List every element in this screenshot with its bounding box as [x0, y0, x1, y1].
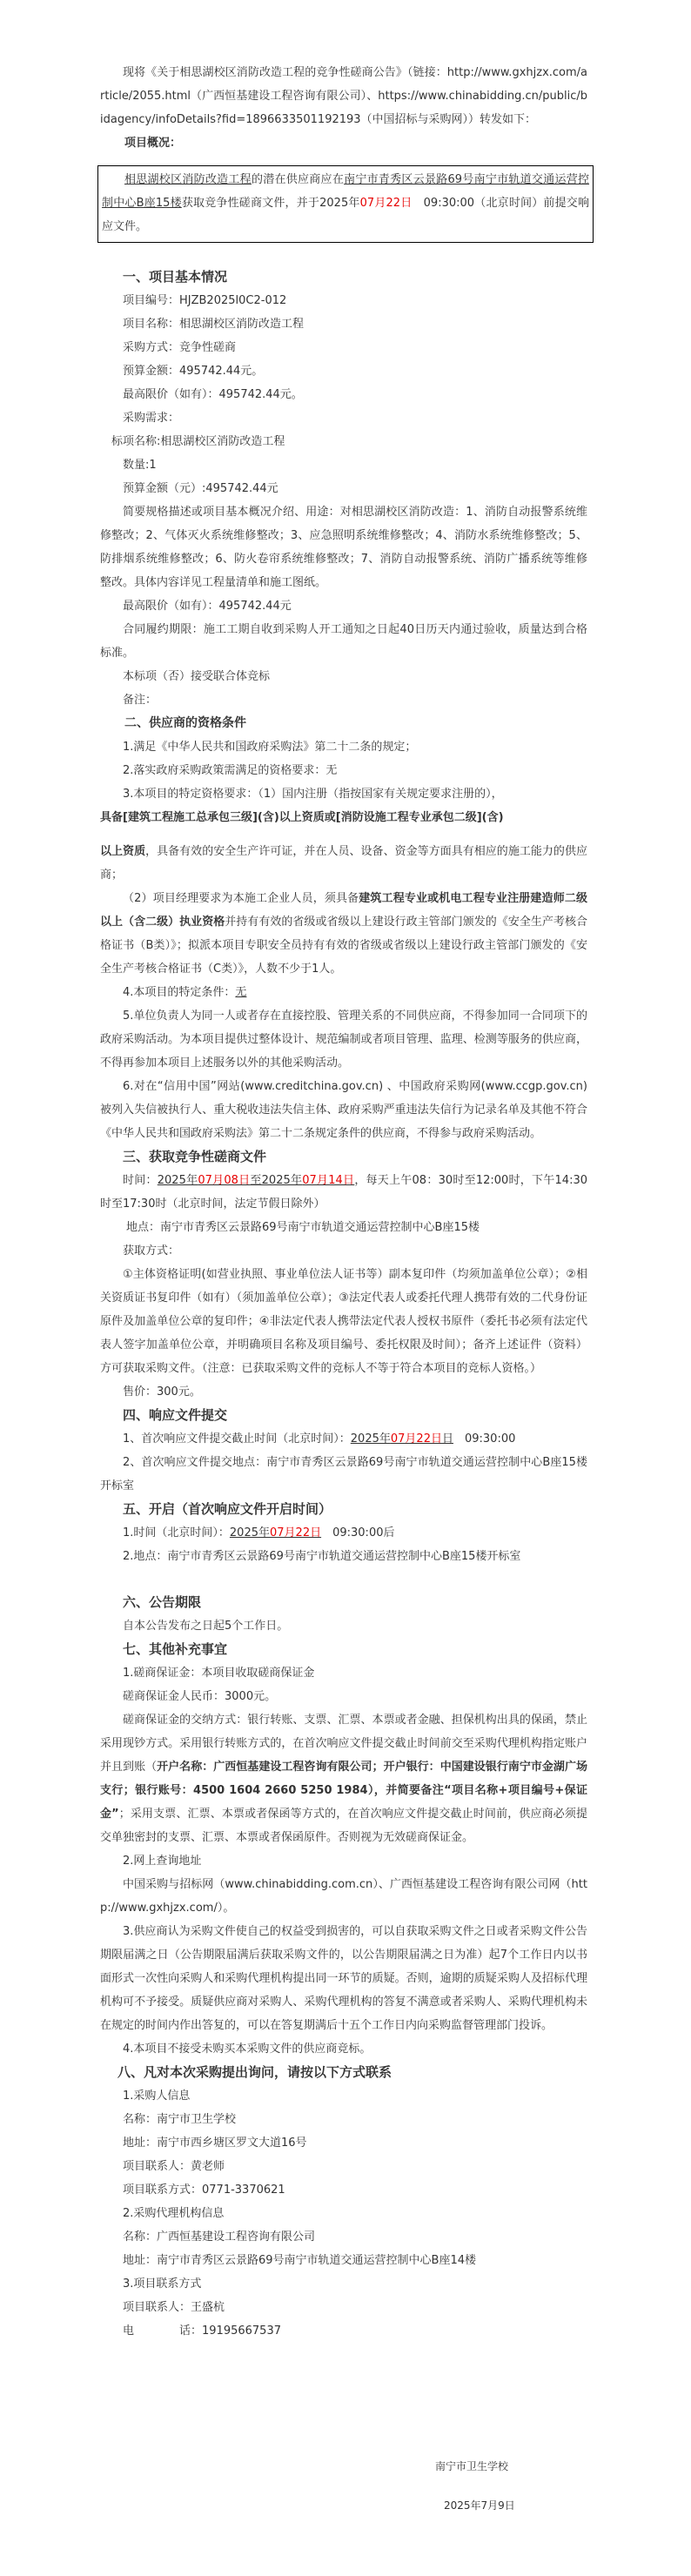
no-purchase-note: 4.本项目不接受未购买本采购文件的供应商竞标。 — [100, 2037, 587, 2061]
submission-deadline: 1、首次响应文件提交截止时间（北京时间）：2025年07月22日日 09:30:… — [100, 1427, 587, 1451]
agency-name: 名称：广西恒基建设工程咨询有限公司 — [100, 2225, 587, 2249]
query-sites: 中国采购与招标网（www.chinabidding.com.cn）、广西恒基建设… — [100, 1873, 587, 1920]
buyer-phone: 项目联系方式：0771-3370621 — [100, 2178, 587, 2202]
section5-heading: 五、开启（首次响应文件开启时间） — [100, 1498, 587, 1521]
announcement-period: 自本公告发布之日起5个工作日。 — [100, 1614, 587, 1638]
qualification-3-cont: 以上资质，具备有效的安全生产许可证，并在人员、设备、资金等方面具有相应的施工能力… — [100, 840, 587, 887]
contact-person: 项目联系人：王盛杭 — [100, 2296, 587, 2319]
deadline-date: 07月22日 — [360, 197, 413, 210]
submission-place: 2、首次响应文件提交地点：南宁市青秀区云景路69号南宁市轨道交通运营控制中心B座… — [100, 1451, 587, 1498]
item-budget: 预算金额（元）:495742.44元 — [100, 477, 587, 500]
acquisition-time: 时间：2025年07月08日至2025年07月14日，每天上午08：30时至12… — [100, 1169, 587, 1216]
manager-text-1: （2）项目经理要求为本施工企业人员，须具备 — [123, 892, 359, 905]
q4-value: 无 — [235, 986, 246, 999]
contract-period: 合同履约期限：施工工期自收到采购人开工通知之日起40日历天内通过验收，质量达到合… — [100, 618, 587, 665]
deposit-title: 1.磋商保证金：本项目收取磋商保证金 — [100, 1661, 587, 1685]
sale-price: 售价：300元。 — [100, 1380, 587, 1404]
buyer-address: 地址：南宁市西乡塘区罗文大道16号 — [100, 2131, 587, 2155]
project-number: 项目编号：HJZB2025l0C2-012 — [100, 289, 587, 312]
deadline-time: 09:30:00 — [412, 197, 474, 210]
agency-title: 2.采购代理机构信息 — [100, 2202, 587, 2225]
deadline-label: 1、首次响应文件提交截止时间（北京时间）： — [123, 1432, 351, 1446]
announcement-document: 现将《关于相思湖校区消防改造工程的竞争性磋商公告》（链接：http://www.… — [100, 0, 587, 2343]
qualification-2: 2.落实政府采购政策需满足的资格要求：无 — [100, 759, 587, 782]
buyer-contact: 项目联系人：黄老师 — [100, 2155, 587, 2178]
deadline-year: 2025年 — [351, 1432, 391, 1446]
opening-date-group: 2025年07月22日 — [230, 1526, 321, 1540]
qualification-4: 4.本项目的特定条件：无 — [100, 981, 587, 1004]
acquisition-place: 地点：南宁市青秀区云景路69号南宁市轨道交通运营控制中心B座15楼 — [100, 1216, 587, 1239]
signature-org: 南宁市卫生学校 — [435, 2459, 508, 2473]
year-1: 2025年 — [158, 1174, 198, 1187]
qualification-5: 5.单位负责人为同一人或者存在直接控股、管理关系的不同供应商，不得参加同一合同项… — [100, 1004, 587, 1075]
section1-heading: 一、项目基本情况 — [100, 265, 587, 289]
time-label: 时间： — [123, 1174, 158, 1187]
description: 简要规格描述或项目基本概况介绍、用途：对相思湖校区消防改造：1、消防自动报警系统… — [100, 500, 587, 594]
opening-day: 07月22日 — [270, 1526, 321, 1540]
date-range: 2025年07月08日至2025年07月14日 — [158, 1174, 355, 1187]
procurement-method: 采购方式：竞争性磋商 — [100, 336, 587, 359]
remark: 备注： — [100, 688, 587, 712]
signature-date: 2025年7月9日 — [444, 2498, 515, 2512]
item-name: 标项名称:相思湖校区消防改造工程 — [100, 430, 587, 453]
deposit-method: 磋商保证金的交纳方式：银行转账、支票、汇票、本票或者金融、担保机构出具的保函，禁… — [100, 1708, 587, 1849]
project-name-line: 项目名称：相思湖校区消防改造工程 — [100, 312, 587, 336]
opening-time-value: 09:30:00后 — [321, 1526, 394, 1540]
overview-text-1: 的潜在供应商应在 — [252, 173, 344, 186]
quantity: 数量:1 — [100, 453, 587, 477]
section2-heading: 二、供应商的资格条件 — [100, 712, 587, 735]
opening-time: 1.时间（北京时间）：2025年07月22日 09:30:00后 — [100, 1521, 587, 1545]
overview-text-2: 获取竞争性磋商文件，并于2025年 — [182, 197, 360, 210]
intro-paragraph: 现将《关于相思湖校区消防改造工程的竞争性磋商公告》（链接：http://www.… — [100, 61, 587, 131]
budget-amount: 预算金额：495742.44元。 — [100, 359, 587, 383]
qualification-manager: （2）项目经理要求为本施工企业人员，须具备建筑工程专业或机电工程专业注册建造师二… — [100, 887, 587, 981]
project-name: 相思湖校区消防改造工程 — [124, 173, 252, 186]
deadline-time-2: 09:30:00 — [453, 1432, 515, 1446]
buyer-title: 1.采购人信息 — [100, 2084, 587, 2108]
opening-year: 2025年 — [230, 1526, 270, 1540]
qualification-3-text: ，具备有效的安全生产许可证，并在人员、设备、资金等方面具有相应的施工能力的供应商… — [100, 845, 587, 882]
section7-heading: 七、其他补充事宜 — [100, 1638, 587, 1661]
section3-heading: 三、获取竞争性磋商文件 — [100, 1145, 587, 1169]
date-to: 至2025年 — [250, 1174, 302, 1187]
deadline-date-group: 2025年07月22日日 — [351, 1432, 453, 1446]
qualification-1: 1.满足《中华人民共和国政府采购法》第二十二条的规定； — [100, 735, 587, 759]
phone-label: 电 话： — [123, 2324, 202, 2338]
opening-place: 2.地点：南宁市青秀区云景路69号南宁市轨道交通运营控制中心B座15楼开标室 — [100, 1545, 587, 1568]
max-price: 最高限价（如有）：495742.44元。 — [100, 383, 587, 406]
opening-label: 1.时间（北京时间）： — [123, 1526, 230, 1540]
method-label: 获取方式： — [100, 1239, 587, 1263]
end-date: 07月14日 — [302, 1174, 354, 1187]
qualification-3-bold-2: 以上资质 — [100, 845, 145, 858]
contact-phone: 电 话：19195667537 — [100, 2319, 587, 2343]
deadline-suffix: 日 — [442, 1432, 453, 1446]
section8-heading: 八、凡对本次采购提出询问，请按以下方式联系 — [100, 2061, 587, 2084]
agency-address: 地址：南宁市青秀区云景路69号南宁市轨道交通运营控制中心B座14楼 — [100, 2249, 587, 2272]
overview-box: 相思湖校区消防改造工程的潜在供应商应在南宁市青秀区云景路69号南宁市轨道交通运营… — [97, 165, 594, 243]
acquisition-method: ①主体资格证明(如营业执照、事业单位法人证书等）副本复印件（均须加盖单位公章）；… — [100, 1263, 587, 1380]
qualification-3-bold: 具备[建筑工程施工总承包三级](含)以上资质或[消防设施工程专业承包二级](含) — [100, 806, 587, 829]
deposit-text-2: ；采用支票、汇票、本票或者保函等方式的，在首次响应文件提交截止时间前，供应商必须… — [100, 1808, 587, 1844]
section6-heading: 六、公告期限 — [100, 1591, 587, 1614]
procurement-needs-label: 采购需求： — [100, 406, 587, 430]
section4-heading: 四、响应文件提交 — [100, 1404, 587, 1427]
deposit-amount: 磋商保证金人民币：3000元。 — [100, 1685, 587, 1708]
buyer-name: 名称：南宁市卫生学校 — [100, 2108, 587, 2131]
deadline-day: 07月22日 — [391, 1432, 442, 1446]
overview-heading: 项目概况： — [100, 131, 587, 155]
overview-text: 相思湖校区消防改造工程的潜在供应商应在南宁市青秀区云景路69号南宁市轨道交通运营… — [102, 168, 589, 238]
start-date: 07月08日 — [198, 1174, 250, 1187]
contact-title: 3.项目联系方式 — [100, 2272, 587, 2296]
query-title: 2.网上查询地址 — [100, 1849, 587, 1873]
q4-label: 4.本项目的特定条件： — [123, 986, 235, 999]
qualification-3: 3.本项目的特定资格要求：（1）国内注册（指按国家有关规定要求注册的）， — [100, 782, 587, 806]
complaint-info: 3.供应商认为采购文件使自己的权益受到损害的，可以自获取采购文件之日或者采购文件… — [100, 1920, 587, 2037]
qualification-6: 6.对在“信用中国”网站(www.creditchina.gov.cn) 、中国… — [100, 1075, 587, 1145]
consortium-note: 本标项（否）接受联合体竞标 — [100, 665, 587, 688]
item-max-price: 最高限价（如有）：495742.44元 — [100, 594, 587, 618]
phone-number: 19195667537 — [202, 2324, 281, 2338]
